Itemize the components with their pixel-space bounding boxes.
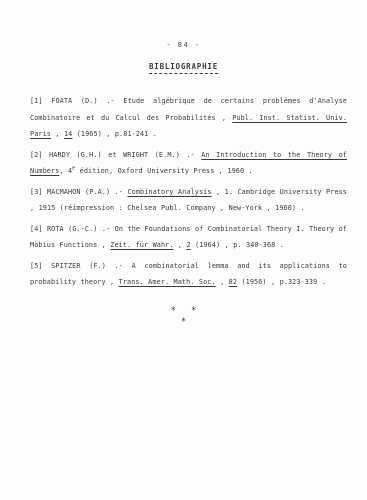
text-segment: (1956) , p.323-339 . — [237, 278, 326, 286]
text-segment: 82 — [229, 278, 237, 286]
text-segment: Zeit. für Wahr. — [110, 241, 173, 249]
text-segment: [2] HARDY (G.H.) et WRIGHT (E.M.) .- — [30, 151, 201, 159]
reference-entry-5: [5] SPITZER (F.) .- A combinatorial lemm… — [30, 258, 347, 291]
scanned-document-page: - 84 - BIBLIOGRAPHIE [1] FOATA (D.) .- E… — [0, 0, 367, 500]
text-segment: (1965) , p.81-241 . — [72, 130, 157, 138]
reference-entry-3: [3] MACMAHON (P.A.) .- Combinatory Analy… — [30, 184, 347, 217]
text-segment: , 4 — [59, 167, 72, 175]
text-segment: , — [174, 241, 187, 249]
page-number: - 84 - — [0, 41, 367, 49]
reference-entry-2: [2] HARDY (G.H.) et WRIGHT (E.M.) .- An … — [30, 147, 347, 180]
ornament-asterisks-top: * * — [0, 306, 367, 317]
footer-ornament: * * * — [0, 306, 367, 328]
bibliography-list: [1] FOATA (D.) .- Etude algébrique de ce… — [30, 93, 347, 295]
text-segment: , — [216, 278, 229, 286]
ornament-asterisk-bottom: * — [0, 317, 367, 328]
text-segment: Combinatory Analysis — [127, 188, 211, 196]
text-segment: (1964) , p. 340-368 . — [191, 241, 284, 249]
text-segment: , — [51, 130, 64, 138]
page-title-text: BIBLIOGRAPHIE — [149, 62, 218, 74]
page-title: BIBLIOGRAPHIE — [0, 62, 367, 74]
text-segment: [3] MACMAHON (P.A.) .- — [30, 188, 127, 196]
reference-entry-1: [1] FOATA (D.) .- Etude algébrique de ce… — [30, 93, 347, 143]
reference-entry-4: [4] ROTA (G.-C.) .- On the Foundations o… — [30, 221, 347, 254]
text-segment: édition, Oxford University Press , 1960 … — [75, 167, 252, 175]
text-segment: Trans. Amer. Math. Soc. — [119, 278, 216, 286]
